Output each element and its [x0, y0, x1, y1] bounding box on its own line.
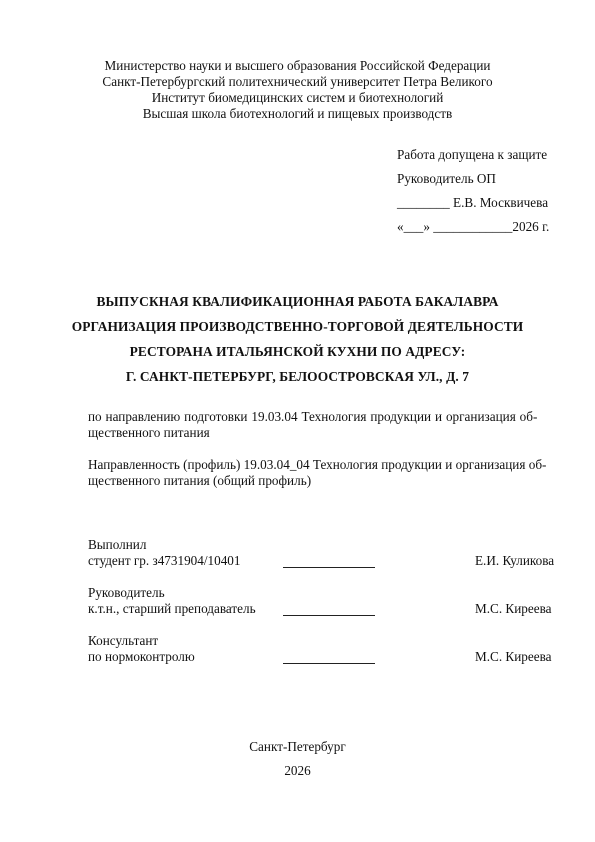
ministry-line: Министерство науки и высшего образования… — [0, 58, 595, 74]
signature-line — [283, 663, 375, 664]
title-line-3: РЕСТОРАНА ИТАЛЬЯНСКОЙ КУХНИ ПО АДРЕСУ: — [0, 344, 595, 360]
signature-role: Руководитель — [88, 585, 165, 601]
direction-line-2: щественного питания — [88, 425, 210, 441]
signature-detail: студент гр. з4731904/10401 — [88, 553, 240, 569]
school-line: Высшая школа биотехнологий и пищевых про… — [0, 106, 595, 122]
signature-line — [283, 615, 375, 616]
profile-line-1: Направленность (профиль) 19.03.04_04 Тех… — [88, 457, 546, 473]
title-line-2: ОРГАНИЗАЦИЯ ПРОИЗВОДСТВЕННО-ТОРГОВОЙ ДЕЯ… — [0, 319, 595, 335]
footer-year: 2026 — [0, 763, 595, 779]
signature-role: Консультант — [88, 633, 158, 649]
direction-line-1: по направлению подготовки 19.03.04 Техно… — [88, 409, 537, 425]
title-page: Министерство науки и высшего образования… — [0, 0, 595, 842]
approval-date: «___» ____________2026 г. — [397, 219, 549, 235]
signature-detail: по нормоконтролю — [88, 649, 195, 665]
profile-line-2: щественного питания (общий профиль) — [88, 473, 311, 489]
signature-name: Е.И. Куликова — [475, 553, 554, 569]
signature-line — [283, 567, 375, 568]
university-line: Санкт-Петербургский политехнический унив… — [0, 74, 595, 90]
signature-name: М.С. Киреева — [475, 649, 551, 665]
title-line-1: ВЫПУСКНАЯ КВАЛИФИКАЦИОННАЯ РАБОТА БАКАЛА… — [0, 294, 595, 310]
approval-supervisor-sign: ________ Е.В. Москвичева — [397, 195, 548, 211]
footer-city: Санкт-Петербург — [0, 739, 595, 755]
signature-role: Выполнил — [88, 537, 146, 553]
approval-supervisor-title: Руководитель ОП — [397, 171, 496, 187]
title-line-4: Г. САНКТ-ПЕТЕРБУРГ, БЕЛООСТРОВСКАЯ УЛ., … — [0, 369, 595, 385]
signature-detail: к.т.н., старший преподаватель — [88, 601, 256, 617]
signature-name: М.С. Киреева — [475, 601, 551, 617]
approval-admitted: Работа допущена к защите — [397, 147, 547, 163]
institute-line: Институт биомедицинских систем и биотехн… — [0, 90, 595, 106]
